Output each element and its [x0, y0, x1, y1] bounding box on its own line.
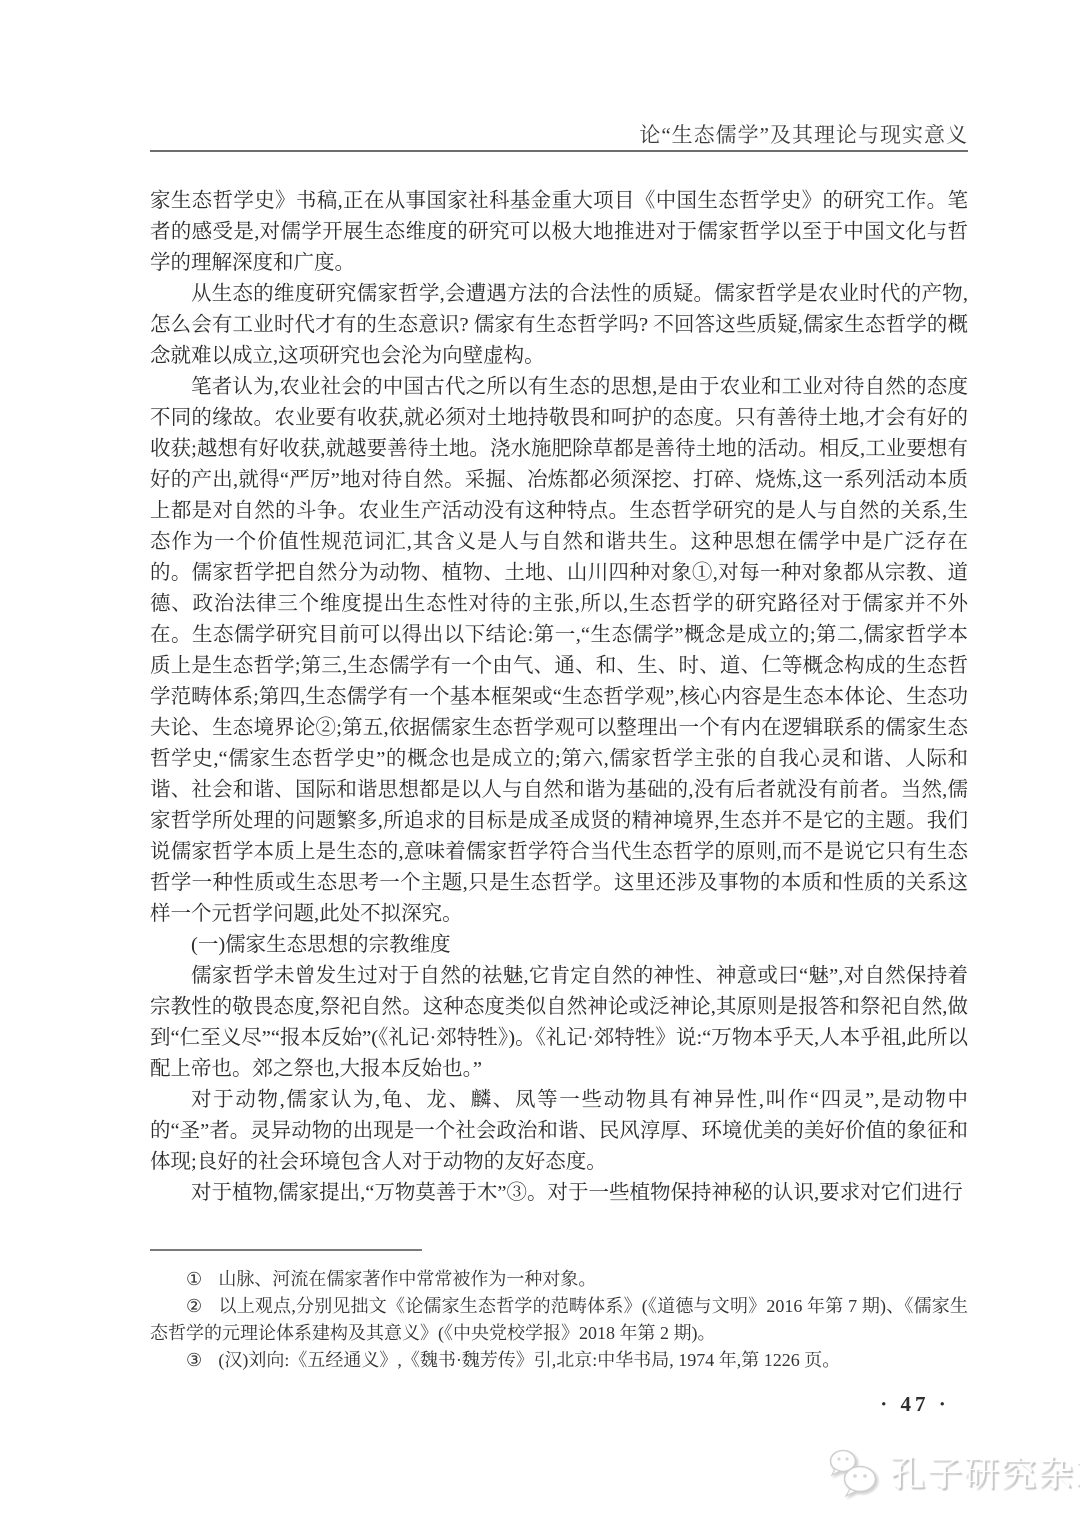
paragraph: 儒家哲学未曾发生过对于自然的祛魅,它肯定自然的神性、神意或曰“魅”,对自然保持着… — [150, 961, 968, 1085]
footnote: ③(汉)刘向:《五经通义》,《魏书·魏芳传》引,北京:中华书局, 1974 年,… — [150, 1347, 968, 1374]
running-title: 论“生态儒学”及其理论与现实意义 — [150, 119, 968, 149]
watermark-label: 孔子研究杂志 — [890, 1447, 1080, 1497]
footnote-marker: ① — [186, 1269, 202, 1289]
footnote-text: 山脉、河流在儒家著作中常常被作为一种对象。 — [218, 1269, 596, 1289]
footnote: ②以上观点,分别见拙文《论儒家生态哲学的范畴体系》(《道德与文明》2016 年第… — [150, 1293, 968, 1347]
section-heading: (一)儒家生态思想的宗教维度 — [150, 930, 968, 961]
article-body: 家生态哲学史》书稿,正在从事国家社科基金重大项目《中国生态哲学史》的研究工作。笔… — [150, 186, 968, 1209]
footnote-text: (汉)刘向:《五经通义》,《魏书·魏芳传》引,北京:中华书局, 1974 年,第… — [218, 1350, 840, 1370]
footnote-marker: ② — [186, 1296, 202, 1316]
journal-watermark: 孔子研究杂志 — [828, 1446, 1080, 1498]
paragraph: 对于动物,儒家认为,龟、龙、麟、凤等一些动物具有神异性,叫作“四灵”,是动物中的… — [150, 1085, 968, 1178]
paragraph: 对于植物,儒家提出,“万物莫善于木”③。对于一些植物保持神秘的认识,要求对它们进… — [150, 1178, 968, 1209]
footnote-separator — [150, 1249, 422, 1251]
paragraph-continuation: 家生态哲学史》书稿,正在从事国家社科基金重大项目《中国生态哲学史》的研究工作。笔… — [150, 186, 968, 279]
paragraph: 笔者认为,农业社会的中国古代之所以有生态的思想,是由于农业和工业对待自然的态度不… — [150, 372, 968, 930]
footnote: ①山脉、河流在儒家著作中常常被作为一种对象。 — [150, 1266, 968, 1293]
page-number: · 47 · — [845, 1392, 985, 1417]
wechat-icon — [828, 1446, 880, 1498]
footnotes-block: ①山脉、河流在儒家著作中常常被作为一种对象。 ②以上观点,分别见拙文《论儒家生态… — [150, 1266, 968, 1374]
footnote-marker: ③ — [186, 1350, 202, 1370]
scanned-journal-page: 论“生态儒学”及其理论与现实意义 家生态哲学史》书稿,正在从事国家社科基金重大项… — [0, 0, 1080, 1527]
footnote-text: 以上观点,分别见拙文《论儒家生态哲学的范畴体系》(《道德与文明》2016 年第 … — [150, 1296, 968, 1343]
header-rule — [150, 150, 968, 152]
paragraph: 从生态的维度研究儒家哲学,会遭遇方法的合法性的质疑。儒家哲学是农业时代的产物,怎… — [150, 279, 968, 372]
